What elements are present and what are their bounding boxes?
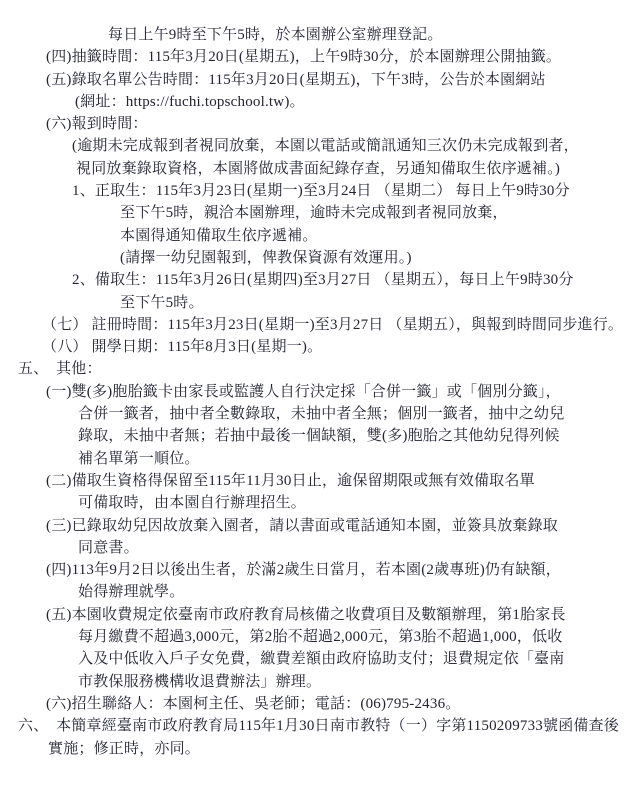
- doc-line-5-1-twins: (一)雙(多)胞胎籤卡由家長或監護人自行決定採「合併一籤」或「個別分籤」，: [46, 381, 624, 403]
- doc-line-section6-approval: 六、 本簡章經臺南市政府教育局115年1月30日南市教特（一）字第1150209…: [18, 715, 624, 737]
- document-page: 每日上午9時至下午5時，於本園辦公室辦理登記。 (四)抽籤時間：115年3月20…: [0, 0, 624, 798]
- doc-line-section5-others: 五、 其他：: [18, 358, 624, 380]
- doc-line-website-url: (網址：https://fuchi.topschool.tw)。: [75, 91, 624, 113]
- doc-line-checkin-note-1: (逾期未完成報到者視同放棄，本園以電話或簡訊通知三次仍未完成報到者，: [72, 135, 624, 157]
- doc-line-admitted-cont-2: 本園得通知備取生依序遞補。: [120, 225, 624, 247]
- doc-line-5-5-fees: (五)本園收費規定依臺南市政府教育局核備之收費項目及數額辦理，第1胎家長: [46, 604, 624, 626]
- doc-line-admitted-note: (請擇一幼兒園報到，俾教保資源有效運用。): [120, 247, 624, 269]
- doc-line-waitlist-students: 2、備取生：115年3月26日(星期四)至3月27日 （星期五），每日上午9時3…: [72, 269, 624, 291]
- doc-line-5-5-cont-2: 入及中低收入戶子女免費，繳費差額由政府協助支付；退費規定依「臺南: [78, 648, 624, 670]
- doc-line-5-1-cont-1: 合併一籤者，抽中者全數錄取，未抽中者全無；個別一籤者，抽中之幼兒: [78, 403, 624, 425]
- doc-line-item5-admission-list: (五)錄取名單公告時間：115年3月20日(星期五)，下午3時，公告於本園網站: [46, 69, 624, 91]
- doc-line-5-4-age-rule: (四)113年9月2日以後出生者，於滿2歲生日當月，若本園(2歲專班)仍有缺額，: [46, 559, 624, 581]
- doc-line-section6-cont: 實施；修正時，亦同。: [48, 738, 624, 760]
- doc-line-item6-checkin-time: (六)報到時間：: [46, 113, 624, 135]
- doc-line-admitted-cont-1: 至下午5時，親洽本園辦理，逾時未完成報到者視同放棄，: [120, 202, 624, 224]
- doc-line-waitlist-cont: 至下午5時。: [120, 292, 624, 314]
- doc-line-5-3-withdrawal: (三)已錄取幼兒因故放棄入園者，請以書面或電話通知本園，並簽具放棄錄取: [46, 515, 624, 537]
- doc-line-registration-hours: 每日上午9時至下午5時，於本園辦公室辦理登記。: [108, 24, 624, 46]
- doc-line-5-4-cont: 始得辦理就學。: [78, 581, 624, 603]
- doc-line-5-2-cont: 可備取時，由本園自行辦理招生。: [78, 492, 624, 514]
- doc-line-admitted-students: 1、正取生：115年3月23日(星期一)至3月24日 （星期二） 每日上午9時3…: [72, 180, 624, 202]
- doc-line-5-1-cont-3: 補名單第一順位。: [78, 448, 624, 470]
- doc-line-5-2-waitlist-validity: (二)備取生資格得保留至115年11月30日止，逾保留期限或無有效備取名單: [46, 470, 624, 492]
- doc-line-item4-lottery-time: (四)抽籤時間：115年3月20日(星期五)，上午9時30分，於本園辦理公開抽籤…: [46, 46, 624, 68]
- doc-line-item8-school-start: （八） 開學日期：115年8月3日(星期一)。: [42, 336, 624, 358]
- doc-line-5-5-cont-1: 每月繳費不超過3,000元，第2胎不超過2,000元，第3胎不超過1,000，低…: [78, 626, 624, 648]
- doc-line-5-6-contact-phone: (六)招生聯絡人：本園柯主任、吳老師；電話：(06)795-2436。: [46, 693, 624, 715]
- doc-line-checkin-note-2: 視同放棄錄取資格，本園將做成書面紀錄存查，另通知備取生依序遞補。): [76, 158, 624, 180]
- doc-line-5-5-cont-3: 市教保服務機構收退費辦法」辦理。: [78, 671, 624, 693]
- doc-line-5-3-cont: 同意書。: [78, 537, 624, 559]
- doc-line-item7-enrollment-time: （七） 註冊時間：115年3月23日(星期一)至3月27日 （星期五），與報到時…: [42, 314, 624, 336]
- doc-line-5-1-cont-2: 錄取，未抽中者無；若抽中最後一個缺額，雙(多)胞胎之其他幼兒得列候: [78, 425, 624, 447]
